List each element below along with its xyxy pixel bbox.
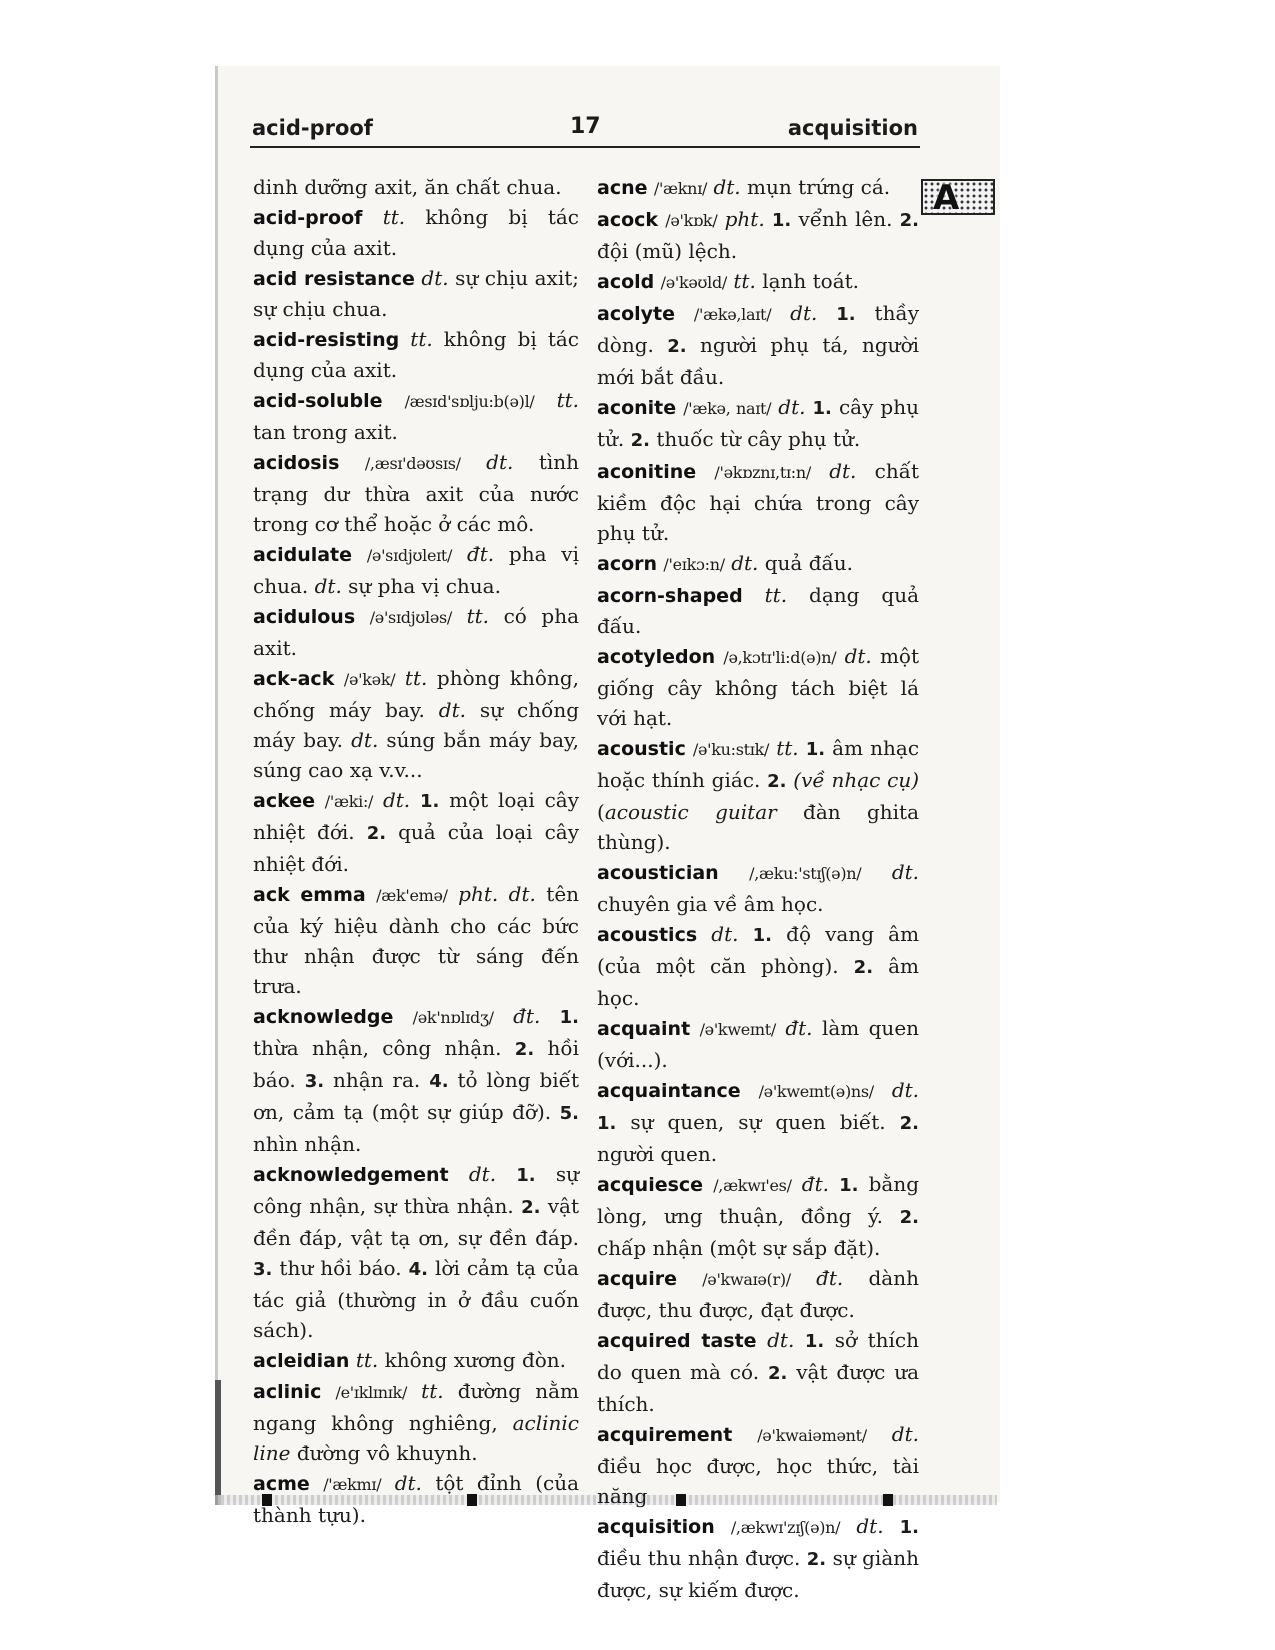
left-guide-word: acid-proof (252, 116, 373, 140)
left-column: dinh dưỡng axit, ăn chất chua. acid-proo… (253, 172, 579, 1530)
part-of-speech: tt. (410, 327, 432, 351)
headword: aconite (597, 397, 676, 419)
sense-number: 2. (768, 1363, 787, 1384)
headword: acorn-shaped (597, 585, 743, 607)
sense-text: người quen. (597, 1142, 717, 1166)
dictionary-entry: acquire /ə'kwaɪə(r)/ đt. dành được, thu … (597, 1263, 919, 1325)
pronunciation: /e'ɪklɪnɪk/ (336, 1383, 408, 1402)
dictionary-entry: acknowledge /ək'nɒlɪdʒ/ đt. 1. thừa nhận… (253, 1001, 579, 1159)
pronunciation: /'eɪkɔ:n/ (663, 555, 724, 574)
part-of-speech: tt. (733, 269, 755, 293)
page-number: 17 (570, 114, 601, 139)
part-of-speech: tt. (557, 388, 579, 412)
pronunciation: /ə'kəʊld/ (661, 273, 727, 292)
pronunciation: /æsɪd'sɒlju:b(ə)l/ (405, 392, 535, 411)
headword: acold (597, 271, 654, 293)
pronunciation: /ə'kək/ (344, 670, 395, 689)
pronunciation: /ə,kɔtɪ'li:d(ə)n/ (723, 648, 836, 667)
dictionary-entry: acquaintance /ə'kweɪnt(ə)ns/ dt. 1. sự q… (597, 1075, 919, 1169)
headword: acquaintance (597, 1080, 741, 1102)
sense-text: sự quen, sự quen biết. (630, 1110, 885, 1134)
dictionary-entry: ackee /'æki:/ dt. 1. một loại cây nhiệt … (253, 785, 579, 879)
sense-number: 2. (900, 1207, 919, 1228)
pronunciation: /'ækmɪ/ (323, 1475, 381, 1494)
headword: acorn (597, 553, 657, 575)
sense-number: 1. (772, 210, 791, 231)
sense-number: 5. (560, 1103, 579, 1124)
dictionary-entry: acknowledgement dt. 1. sự công nhận, sự … (253, 1159, 579, 1345)
headword: ackee (253, 790, 315, 812)
part-of-speech: đt. (467, 542, 494, 566)
sense-number: 1. (420, 791, 439, 812)
pronunciation: /,æsɪ'dəʊsɪs/ (365, 454, 461, 473)
sense-text: chấp nhận (một sự sắp đặt). (597, 1236, 880, 1260)
dictionary-entry: aclinic /e'ɪklɪnɪk/ tt. đường nằm ngang … (253, 1376, 579, 1468)
pronunciation: /'ækə, naɪt/ (683, 399, 771, 418)
dictionary-entry: acne /'æknɪ/ dt. mụn trứng cá. (597, 172, 919, 204)
definition: tan trong axit. (253, 420, 398, 444)
dictionary-entry: acquisition /,ækwɪ'zɪʃ(ə)n/ dt. 1. điều … (597, 1511, 919, 1605)
headword: acquirement (597, 1424, 732, 1446)
headword: aclinic (253, 1381, 321, 1403)
dictionary-entry: acquirement /ə'kwaiəmənt/ dt. điều học đ… (597, 1419, 919, 1511)
dictionary-entry: acid-resisting tt. không bị tác dụng của… (253, 324, 579, 385)
part-of-speech: dt. (383, 788, 410, 812)
thumb-tab-letter: A (933, 178, 959, 218)
headword: acoustician (597, 862, 719, 884)
part-of-speech: pht. (725, 207, 765, 231)
headword: acid-soluble (253, 390, 382, 412)
sense-text: nhìn nhận. (253, 1132, 361, 1156)
part-of-speech: đt. (802, 1172, 829, 1196)
sense-number: 4. (429, 1071, 448, 1092)
sense-number: 2. (521, 1197, 540, 1218)
dictionary-entry: acorn-shaped tt. dạng quả đấu. (597, 580, 919, 641)
part-of-speech: pht. dt. (458, 882, 536, 906)
sense-number: 2. (631, 430, 650, 451)
pronunciation: /ə'kwaɪə(r)/ (702, 1270, 791, 1289)
dictionary-entry: acidosis /,æsɪ'dəʊsɪs/ dt. tình trạng dư… (253, 447, 579, 539)
sense-number: 2. (515, 1039, 534, 1060)
definition: sự pha vị chua. (348, 574, 501, 598)
dictionary-entry: acock /ə'kɒk/ pht. 1. vểnh lên. 2. đội (… (597, 204, 919, 266)
part-of-speech: dt. (829, 459, 856, 483)
headword: acidulous (253, 606, 355, 628)
headword: acidosis (253, 452, 339, 474)
sense-number: 1. (805, 1331, 824, 1352)
sense-number: 2. (767, 771, 786, 792)
headword: acquaint (597, 1018, 690, 1040)
dictionary-entry: aconitine /'əkɒznɪ,tɪ:n/ dt. chất kiềm đ… (597, 456, 919, 548)
sense-number: 2. (900, 1113, 919, 1134)
headword: acid resistance (253, 268, 415, 290)
part-of-speech: dt. (731, 551, 758, 575)
headword: ack-ack (253, 668, 334, 690)
pronunciation: /,ækwɪ'zɪʃ(ə)n/ (731, 1518, 840, 1537)
definition: quả đấu. (765, 551, 853, 575)
headword: acknowledge (253, 1006, 393, 1028)
pronunciation: /'ækə,laɪt/ (694, 305, 771, 324)
pronunciation: /'æki:/ (325, 792, 373, 811)
pronunciation: /ə'sɪdjʊleɪt/ (367, 546, 452, 565)
sense-number: 1. (597, 1113, 616, 1134)
dictionary-entry: acid-proof tt. không bị tác dụng của axi… (253, 202, 579, 263)
dictionary-entry: acleidian tt. không xương đòn. (253, 1345, 579, 1376)
dictionary-entry: acid resistance dt. sự chịu axit; sự chị… (253, 263, 579, 324)
thumb-index-tab: A (921, 179, 995, 215)
headword: acquire (597, 1268, 677, 1290)
pronunciation: /'əkɒznɪ,tɪ:n/ (714, 463, 811, 482)
headword: acquiesce (597, 1174, 703, 1196)
part-of-speech: dt. (469, 1162, 496, 1186)
dictionary-entry: aconite /'ækə, naɪt/ dt. 1. cây phụ tử. … (597, 392, 919, 456)
dictionary-entry: acidulate /ə'sɪdjʊleɪt/ đt. pha vị chua.… (253, 539, 579, 601)
pronunciation: /ək'nɒlɪdʒ/ (413, 1008, 494, 1027)
dictionary-entry: acolyte /'ækə,laɪt/ dt. 1. thầy dòng. 2.… (597, 298, 919, 392)
pronunciation: /ə'sɪdjʊləs/ (370, 608, 452, 627)
dictionary-entry: acold /ə'kəʊld/ tt. lạnh toát. (597, 266, 919, 298)
definition: chuyên gia về âm học. (597, 892, 824, 916)
dictionary-entry: acoustics dt. 1. độ vang âm (của một căn… (597, 919, 919, 1013)
dictionary-entry: acorn /'eɪkɔ:n/ dt. quả đấu. (597, 548, 919, 580)
headword: acne (597, 177, 648, 199)
pronunciation: /ə'ku:stɪk/ (693, 740, 769, 759)
headword: acquisition (597, 1516, 715, 1538)
part-of-speech: dt. (315, 574, 342, 598)
part-of-speech: dt. (892, 1078, 919, 1102)
pronunciation: /,ækwɪ'es/ (713, 1176, 792, 1195)
sense-number: 2. (900, 210, 919, 231)
dictionary-entry: acotyledon /ə,kɔtɪ'li:d(ə)n/ dt. một giố… (597, 641, 919, 733)
sense-number: 1. (806, 739, 825, 760)
part-of-speech: dt. (421, 266, 448, 290)
part-of-speech: tt. (776, 736, 798, 760)
dictionary-entry: acoustic /ə'ku:stɪk/ tt. 1. âm nhạc hoặc… (597, 733, 919, 857)
sense-text: đội (mũ) lệch. (597, 239, 737, 263)
sense-number: 2. (807, 1549, 826, 1570)
headword: acidulate (253, 544, 352, 566)
headword: acolyte (597, 303, 675, 325)
headword: acock (597, 209, 658, 231)
sense-number: 1. (516, 1165, 535, 1186)
definition: điều học được, học thức, tài năng (597, 1454, 919, 1508)
part-of-speech: đt. (816, 1266, 843, 1290)
usage-label: (về nhạc cụ) (793, 768, 919, 792)
sense-number: 1. (836, 304, 855, 325)
definition: không xương đòn. (385, 1348, 566, 1372)
pronunciation: /ə'kwaiəmənt/ (757, 1426, 867, 1445)
headword: acoustics (597, 924, 697, 946)
sense-number: 2. (667, 336, 686, 357)
sense-text: thừa nhận, công nhận. (253, 1036, 501, 1060)
part-of-speech: dt. (790, 301, 817, 325)
part-of-speech: dt. (892, 860, 919, 884)
sense-number: 4. (409, 1259, 428, 1280)
part-of-speech: dt. (711, 922, 738, 946)
headword: ack emma (253, 884, 366, 906)
dictionary-entry: ack-ack /ə'kək/ tt. phòng không, chống m… (253, 663, 579, 785)
part-of-speech: dt. (845, 644, 872, 668)
continuation-text: dinh dưỡng axit, ăn chất chua. (253, 172, 579, 202)
dictionary-entry: acoustician /,æku:'stɪʃ(ə)n/ dt. chuyên … (597, 857, 919, 919)
running-head: acid-proof 17 acquisition (250, 108, 920, 148)
part-of-speech: tt. (467, 604, 489, 628)
headword: acoustic (597, 738, 686, 760)
header-rule (250, 146, 920, 148)
headword: acme (253, 1473, 310, 1495)
right-guide-word: acquisition (788, 116, 918, 140)
sense-number: 2. (854, 957, 873, 978)
definition: mụn trứng cá. (747, 175, 890, 199)
headword: acknowledgement (253, 1164, 449, 1186)
pronunciation: /,æku:'stɪʃ(ə)n/ (749, 864, 861, 883)
sense-text: nhận ra. (333, 1068, 420, 1092)
sense-number: 1. (813, 398, 832, 419)
headword: acid-resisting (253, 329, 399, 351)
example-phrase: acoustic guitar (605, 800, 777, 824)
sense-number: 1. (560, 1007, 579, 1028)
dictionary-entry: acidulous /ə'sɪdjʊləs/ tt. có pha axit. (253, 601, 579, 663)
part-of-speech: dt. (395, 1471, 422, 1495)
headword: aconitine (597, 461, 696, 483)
part-of-speech: tt. (383, 205, 405, 229)
sense-number: 1. (753, 925, 772, 946)
part-of-speech: dt. (892, 1422, 919, 1446)
example-definition: đường vô khuynh. (297, 1441, 478, 1465)
sense-text: vểnh lên. (798, 207, 892, 231)
dictionary-entry: acquired taste dt. 1. sở thích do quen m… (597, 1325, 919, 1419)
part-of-speech: dt. (439, 698, 466, 722)
part-of-speech: tt. (765, 583, 787, 607)
sense-number: 3. (305, 1071, 324, 1092)
pronunciation: /ə'kweɪnt/ (700, 1020, 776, 1039)
sense-number: 2. (367, 823, 386, 844)
right-column: acne /'æknɪ/ dt. mụn trứng cá. acock /ə'… (597, 172, 919, 1605)
dictionary-entry: acquiesce /,ækwɪ'es/ đt. 1. bằng lòng, ư… (597, 1169, 919, 1263)
dictionary-entry: acquaint /ə'kweɪnt/ đt. làm quen (với...… (597, 1013, 919, 1075)
sense-text: thư hồi báo. (279, 1256, 401, 1280)
pronunciation: /'æknɪ/ (654, 179, 707, 198)
sense-number: 1. (839, 1175, 858, 1196)
headword: acquired taste (597, 1330, 757, 1352)
pronunciation: /ə'kweɪnt(ə)ns/ (759, 1082, 874, 1101)
sense-number: 3. (253, 1259, 272, 1280)
headword: acleidian (253, 1350, 349, 1372)
sense-number: 1. (900, 1517, 919, 1538)
dictionary-entry: ack emma /æk'emə/ pht. dt. tên của ký hi… (253, 879, 579, 1001)
headword: acid-proof (253, 207, 362, 229)
part-of-speech: tt. (356, 1348, 378, 1372)
binding-shadow (215, 1380, 221, 1505)
part-of-speech: tt. (421, 1379, 443, 1403)
headword: acotyledon (597, 646, 715, 668)
part-of-speech: dt. (486, 450, 513, 474)
part-of-speech: đt. (785, 1016, 812, 1040)
sense-text: điều thu nhận được. (597, 1546, 800, 1570)
scanned-dictionary-page: acid-proof 17 acquisition A dinh dưỡng a… (0, 0, 1275, 1650)
part-of-speech: dt. (713, 175, 740, 199)
definition: lạnh toát. (762, 269, 859, 293)
part-of-speech: dt. (767, 1328, 794, 1352)
pronunciation: /æk'emə/ (376, 886, 448, 905)
part-of-speech: dt. (856, 1514, 883, 1538)
part-of-speech: dt. (351, 728, 378, 752)
sense-text: thuốc từ cây phụ tử. (656, 427, 860, 451)
part-of-speech: dt. (778, 395, 805, 419)
dictionary-entry: acme /'ækmɪ/ dt. tột đỉnh (của thành tựu… (253, 1468, 579, 1530)
part-of-speech: đt. (513, 1004, 540, 1028)
dictionary-entry: acid-soluble /æsɪd'sɒlju:b(ə)l/ tt. tan … (253, 385, 579, 447)
part-of-speech: tt. (405, 666, 427, 690)
pronunciation: /ə'kɒk/ (665, 211, 717, 230)
